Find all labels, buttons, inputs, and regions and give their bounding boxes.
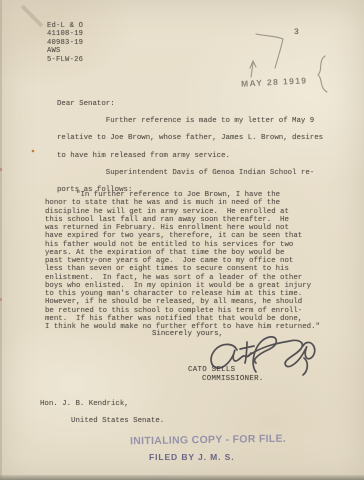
quote-line: to this young man's character to release… (45, 290, 320, 298)
quote-line: enlistment. In fact, he was sort of a le… (45, 274, 320, 282)
pencil-arrow-mark (250, 61, 256, 77)
pencil-brace-mark (318, 56, 327, 92)
salutation: Dear Senator: (57, 96, 323, 113)
quote-line: past twenty-one years of age. Joe came t… (45, 257, 320, 265)
quote-line: discipline he will get in army service. … (45, 208, 320, 216)
quote-line: less than seven or eight times to secure… (45, 265, 320, 273)
scan-left-edge (0, 0, 2, 480)
quote-line: boys who enlisted. In my opinion it woul… (45, 282, 320, 290)
body-line: relative to Joe Brown, whose father, Jam… (57, 130, 323, 147)
body-line: Superintendent Davis of Genoa Indian Sch… (57, 165, 323, 182)
quote-line: honor to state that he was and is much i… (45, 199, 320, 207)
date-received-stamp: MAY 28 1919 (241, 75, 308, 88)
letter-opening-block: Dear Senator: Further reference is made … (57, 96, 323, 199)
ink-speck (32, 150, 35, 153)
recipient-block: Hon. J. B. Kendrick, United States Senat… (40, 396, 164, 429)
initialing-copy-stamp: INITIALING COPY - FOR FILE. (130, 433, 286, 448)
body-line: Further reference is made to my letter o… (57, 113, 323, 130)
paper-crease-mark (22, 6, 42, 26)
signer-typed-name: CATO SELLS (188, 366, 235, 374)
quote-line: ment. If his father was notified that th… (45, 315, 320, 323)
quote-line: this school last fall and ran away soon … (45, 216, 320, 224)
closing-line: Sincerely yours, (152, 330, 223, 338)
quote-line: However, if he should be released, by al… (45, 298, 320, 306)
filed-by-stamp: FILED BY J. M. S. (149, 452, 235, 462)
quote-line: be returned to this school to complete h… (45, 307, 320, 315)
file-code-line: AWS (47, 47, 83, 55)
body-line: to have him released from army service. (57, 148, 323, 165)
quote-line: have expired for two years, therefore, i… (45, 232, 320, 240)
quote-line: "In further reference to Joe Brown, I ha… (45, 191, 320, 199)
page-number: 3 (294, 28, 299, 37)
quote-line: his father would not be entitled to his … (45, 241, 320, 249)
file-code-line: 40983-19 (47, 39, 83, 47)
recipient-name: Hon. J. B. Kendrick, (40, 396, 164, 413)
signer-title: COMMISSIONER. (202, 375, 264, 383)
file-code-line: 41108-19 (47, 30, 83, 38)
scanned-letter-page: Ed-L & O 41108-19 40983-19 AWS 5-FLW-26 … (0, 0, 364, 480)
quote-line: years. At the expiration of that time th… (45, 249, 320, 257)
quoted-report-block: "In further reference to Joe Brown, I ha… (45, 191, 320, 331)
scan-bottom-edge (0, 475, 364, 480)
quote-line: was returned in February. His enrollment… (45, 224, 320, 232)
pencil-check-mark (256, 34, 283, 68)
recipient-org: United States Senate. (40, 413, 164, 430)
file-code-block: Ed-L & O 41108-19 40983-19 AWS 5-FLW-26 (47, 22, 83, 64)
file-code-line: 5-FLW-26 (47, 56, 83, 64)
